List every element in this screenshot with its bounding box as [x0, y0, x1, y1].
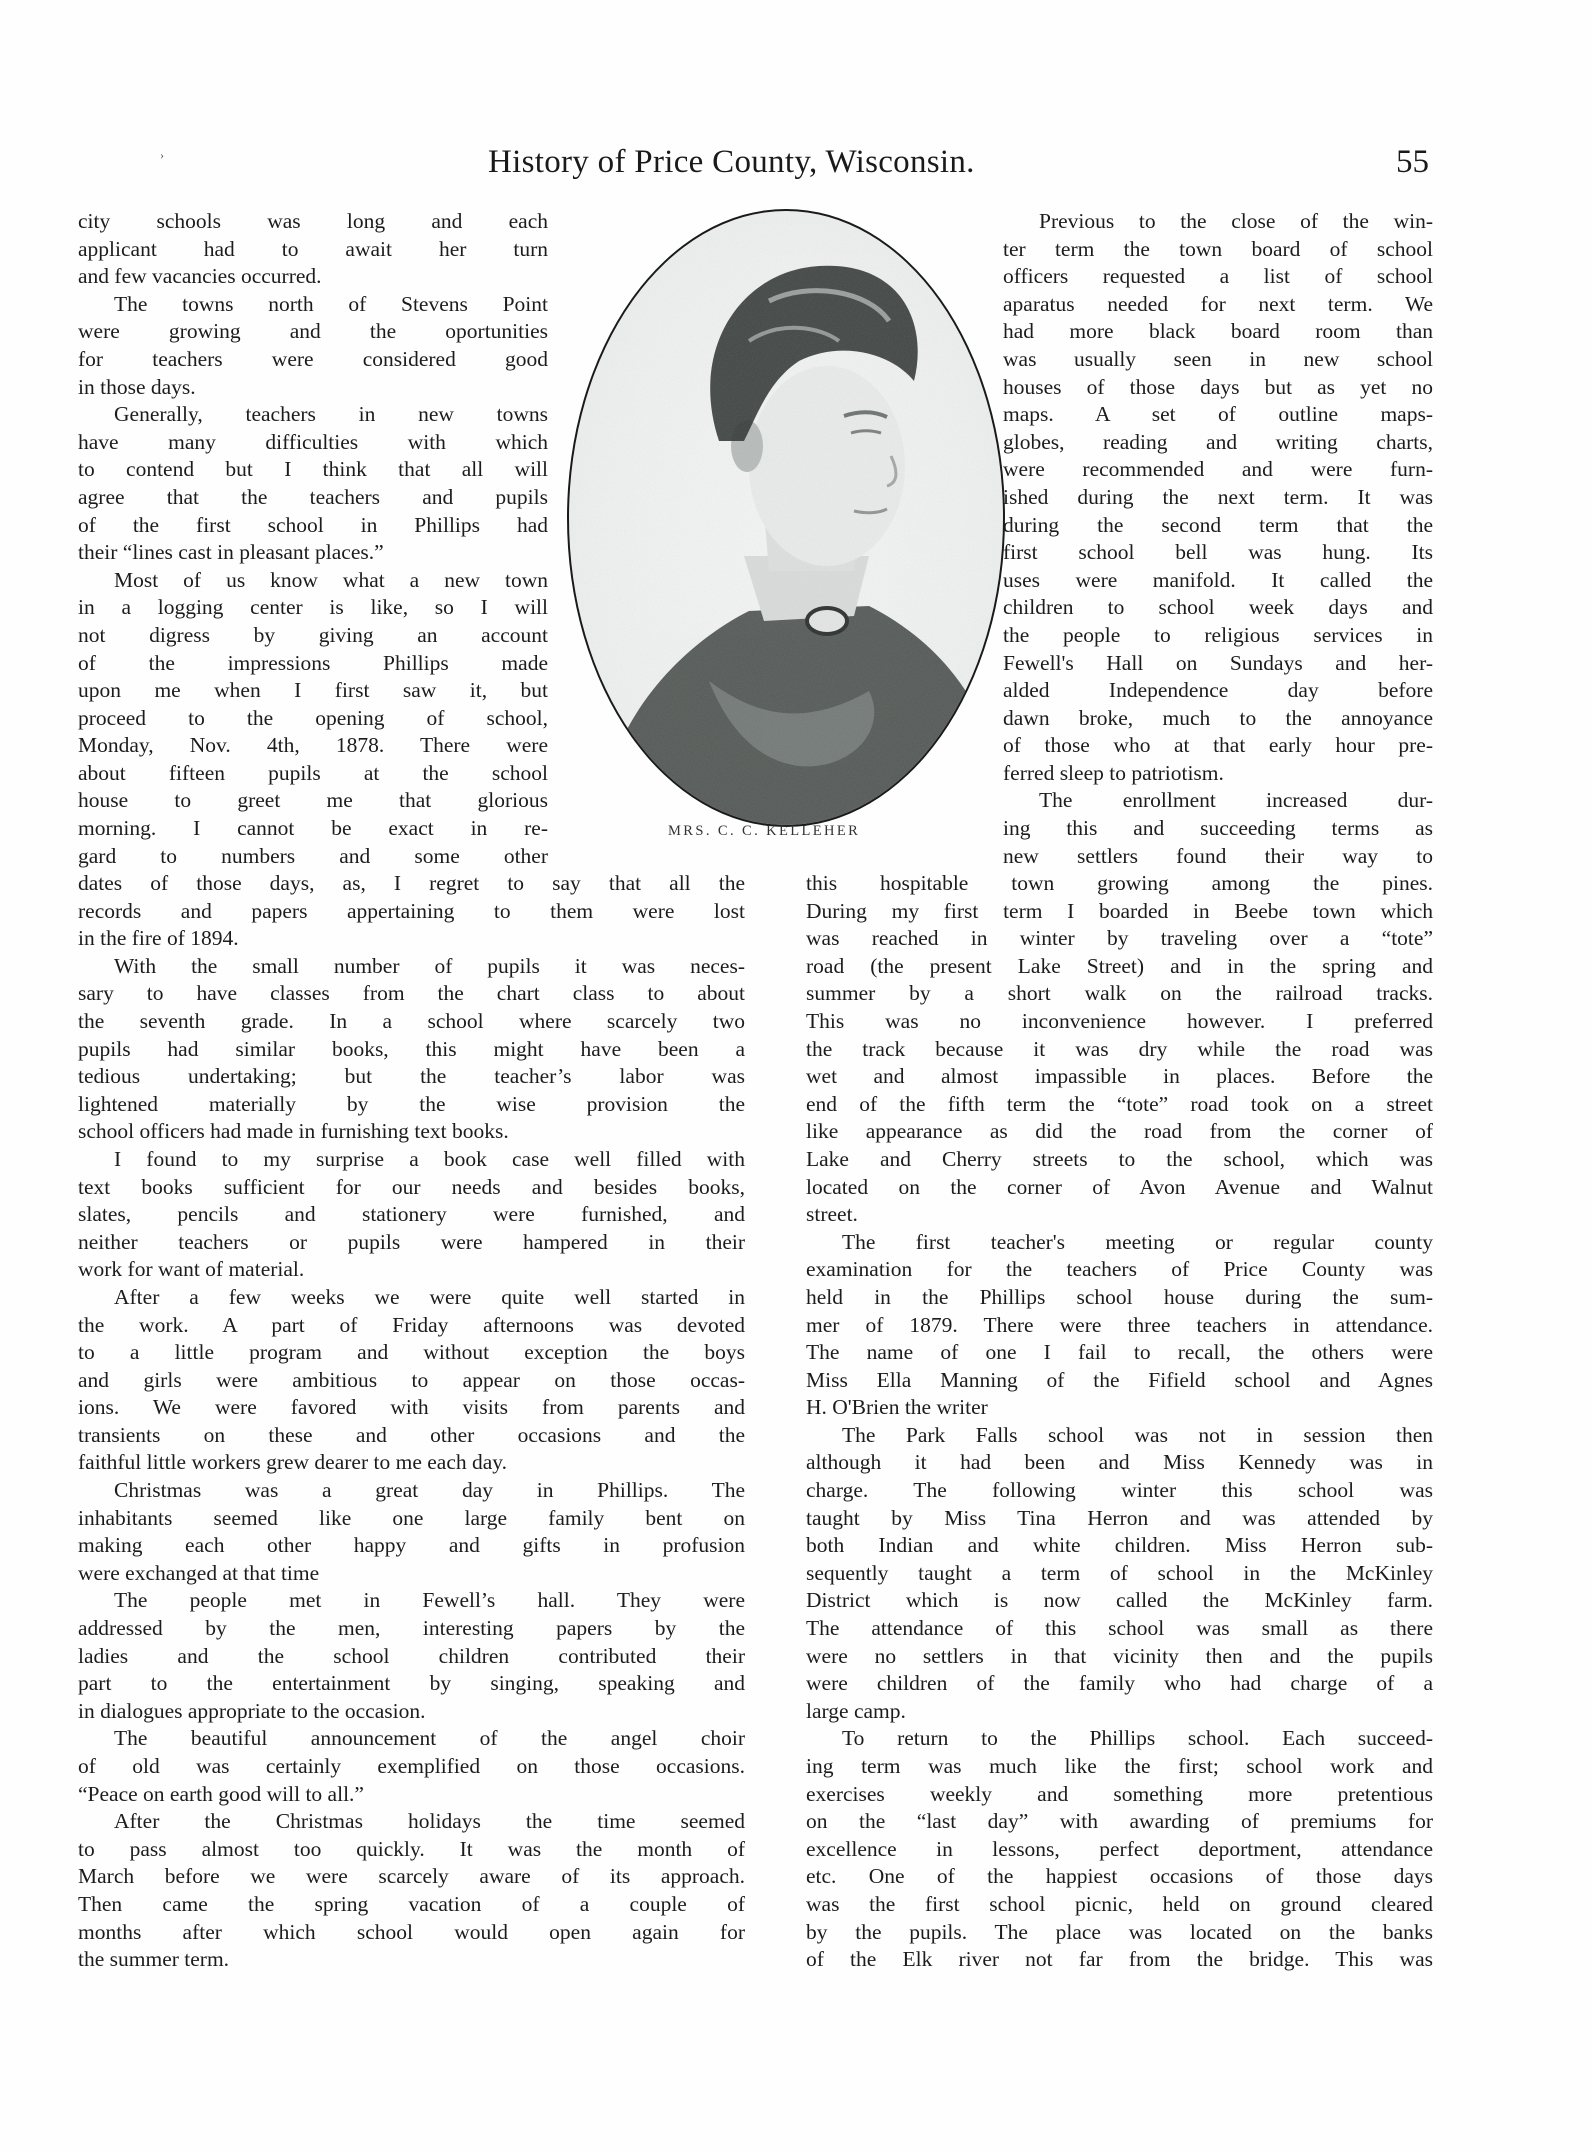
text-line: the track because it was dry while the r…	[806, 1036, 1433, 1064]
text-line: were no settlers in that vicinity then a…	[806, 1643, 1433, 1671]
text-line: text books sufficient for our needs and …	[78, 1174, 745, 1202]
text-line: city schools was long and each	[78, 208, 548, 236]
text-line: were children of the family who had char…	[806, 1670, 1433, 1698]
text-line: With the small number of pupils it was n…	[78, 953, 745, 981]
text-line: house to greet me that glorious	[78, 787, 548, 815]
text-line: in those days.	[78, 374, 548, 402]
text-line: etc. One of the happiest occasions of th…	[806, 1863, 1433, 1891]
text-line: The enrollment increased dur-	[1003, 787, 1433, 815]
text-line: records and papers appertaining to them …	[78, 898, 745, 926]
text-line: H. O'Brien the writer	[806, 1394, 1433, 1422]
text-line: were recommended and were furn-	[1003, 456, 1433, 484]
text-line: Fewell's Hall on Sundays and her-	[1003, 650, 1433, 678]
text-line: dates of those days, as, I regret to say…	[78, 870, 745, 898]
text-line: the seventh grade. In a school where sca…	[78, 1008, 745, 1036]
text-line: aparatus needed for next term. We	[1003, 291, 1433, 319]
text-line: was reached in winter by traveling over …	[806, 925, 1433, 953]
text-line: making each other happy and gifts in pro…	[78, 1532, 745, 1560]
text-line: was the first school picnic, held on gro…	[806, 1891, 1433, 1919]
text-line: ing term was much like the first; school…	[806, 1753, 1433, 1781]
text-line: the summer term.	[78, 1946, 745, 1974]
text-line: of the impressions Phillips made	[78, 650, 548, 678]
text-line: addressed by the men, interesting papers…	[78, 1615, 745, 1643]
text-line: pupils had similar books, this might hav…	[78, 1036, 745, 1064]
left-column-wide: dates of those days, as, I regret to say…	[78, 870, 745, 1974]
text-line: work for want of material.	[78, 1256, 745, 1284]
text-line: The attendance of this school was small …	[806, 1615, 1433, 1643]
text-line: sary to have classes from the chart clas…	[78, 980, 745, 1008]
text-line: The people met in Fewell’s hall. They we…	[78, 1587, 745, 1615]
text-line: were exchanged at that time	[78, 1560, 745, 1588]
text-line: Lake and Cherry streets to the school, w…	[806, 1146, 1433, 1174]
text-line: dawn broke, much to the annoyance	[1003, 705, 1433, 733]
text-line: their “lines cast in pleasant places.”	[78, 539, 548, 567]
text-line: located on the corner of Avon Avenue and…	[806, 1174, 1433, 1202]
text-line: slates, pencils and stationery were furn…	[78, 1201, 745, 1229]
text-line: faithful little workers grew dearer to m…	[78, 1449, 745, 1477]
text-line: like appearance as did the road from the…	[806, 1118, 1433, 1146]
text-line: I found to my surprise a book case well …	[78, 1146, 745, 1174]
text-line: maps. A set of outline maps-	[1003, 401, 1433, 429]
text-line: March before we were scarcely aware of i…	[78, 1863, 745, 1891]
text-line: District which is now called the McKinle…	[806, 1587, 1433, 1615]
text-line: The Park Falls school was not in session…	[806, 1422, 1433, 1450]
left-column-narrow: city schools was long and eachapplicant …	[78, 208, 548, 870]
text-line: The first teacher's meeting or regular c…	[806, 1229, 1433, 1257]
text-line: The name of one I fail to recall, the ot…	[806, 1339, 1433, 1367]
text-line: Christmas was a great day in Phillips. T…	[78, 1477, 745, 1505]
text-line: charge. The following winter this school…	[806, 1477, 1433, 1505]
text-line: “Peace on earth good will to all.”	[78, 1781, 745, 1809]
text-line: Then came the spring vacation of a coupl…	[78, 1891, 745, 1919]
text-line: Previous to the close of the win-	[1003, 208, 1433, 236]
text-line: part to the entertainment by singing, sp…	[78, 1670, 745, 1698]
running-header-title: History of Price County, Wisconsin.	[488, 144, 1088, 181]
text-line: held in the Phillips school house during…	[806, 1284, 1433, 1312]
text-line: not digress by giving an account	[78, 622, 548, 650]
text-line: Miss Ella Manning of the Fifield school …	[806, 1367, 1433, 1395]
text-line: mer of 1879. There were three teachers i…	[806, 1312, 1433, 1340]
text-line: Monday, Nov. 4th, 1878. There were	[78, 732, 548, 760]
text-line: both Indian and white children. Miss Her…	[806, 1532, 1433, 1560]
text-line: of the first school in Phillips had	[78, 512, 548, 540]
text-line: of old was certainly exemplified on thos…	[78, 1753, 745, 1781]
text-line: During my first term I boarded in Beebe …	[806, 898, 1433, 926]
text-line: ter term the town board of school	[1003, 236, 1433, 264]
text-line: school officers had made in furnishing t…	[78, 1118, 745, 1146]
text-line: although it had been and Miss Kennedy wa…	[806, 1449, 1433, 1477]
text-line: agree that the teachers and pupils	[78, 484, 548, 512]
text-line: wet and almost impassible in places. Bef…	[806, 1063, 1433, 1091]
text-line: for teachers were considered good	[78, 346, 548, 374]
text-line: of those who at that early hour pre-	[1003, 732, 1433, 760]
text-line: officers requested a list of school	[1003, 263, 1433, 291]
text-line: to pass almost too quickly. It was the m…	[78, 1836, 745, 1864]
text-line: Generally, teachers in new towns	[78, 401, 548, 429]
text-line: in the fire of 1894.	[78, 925, 745, 953]
text-line: had more black board room than	[1003, 318, 1433, 346]
text-line: end of the fifth term the “tote” road to…	[806, 1091, 1433, 1119]
text-line: examination for the teachers of Price Co…	[806, 1256, 1433, 1284]
text-line: upon me when I first saw it, but	[78, 677, 548, 705]
right-column-wide: this hospitable town growing among the p…	[806, 870, 1433, 1974]
text-line: on the “last day” with awarding of premi…	[806, 1808, 1433, 1836]
text-line: applicant had to await her turn	[78, 236, 548, 264]
text-line: new settlers found their way to	[1003, 843, 1433, 871]
text-line: alded Independence day before	[1003, 677, 1433, 705]
book-page: › History of Price County, Wisconsin. 55…	[0, 0, 1593, 2153]
text-line: This was no inconvenience however. I pre…	[806, 1008, 1433, 1036]
text-line: first school bell was hung. Its	[1003, 539, 1433, 567]
text-line: road (the present Lake Street) and in th…	[806, 953, 1433, 981]
text-line: globes, reading and writing charts,	[1003, 429, 1433, 457]
text-line: children to school week days and	[1003, 594, 1433, 622]
text-line: lightened materially by the wise provisi…	[78, 1091, 745, 1119]
text-line: during the second term that the	[1003, 512, 1433, 540]
text-line: inhabitants seemed like one large family…	[78, 1505, 745, 1533]
text-line: Most of us know what a new town	[78, 567, 548, 595]
text-line: ions. We were favored with visits from p…	[78, 1394, 745, 1422]
text-line: excellence in lessons, perfect deportmen…	[806, 1836, 1433, 1864]
text-line: The beautiful announcement of the angel …	[78, 1725, 745, 1753]
text-line: uses were manifold. It called the	[1003, 567, 1433, 595]
text-line: street.	[806, 1201, 1433, 1229]
text-line: to contend but I think that all will	[78, 456, 548, 484]
text-line: tedious undertaking; but the teacher’s l…	[78, 1063, 745, 1091]
portrait-illustration-icon	[569, 211, 1003, 825]
text-line: ing this and succeeding terms as	[1003, 815, 1433, 843]
text-line: houses of those days but as yet no	[1003, 374, 1433, 402]
text-line: summer by a short walk on the railroad t…	[806, 980, 1433, 1008]
text-line: were growing and the oportunities	[78, 318, 548, 346]
text-line: exercises weekly and something more pret…	[806, 1781, 1433, 1809]
text-line: After the Christmas holidays the time se…	[78, 1808, 745, 1836]
text-line: morning. I cannot be exact in re-	[78, 815, 548, 843]
text-line: large camp.	[806, 1698, 1433, 1726]
portrait-photo	[567, 209, 1005, 827]
text-line: and few vacancies occurred.	[78, 263, 548, 291]
text-line: proceed to the opening of school,	[78, 705, 548, 733]
text-line: this hospitable town growing among the p…	[806, 870, 1433, 898]
text-line: the work. A part of Friday afternoons wa…	[78, 1312, 745, 1340]
text-line: months after which school would open aga…	[78, 1919, 745, 1947]
text-line: have many difficulties with which	[78, 429, 548, 457]
text-line: about fifteen pupils at the school	[78, 760, 548, 788]
text-line: ferred sleep to patriotism.	[1003, 760, 1433, 788]
text-line: the people to religious services in	[1003, 622, 1433, 650]
text-line: To return to the Phillips school. Each s…	[806, 1725, 1433, 1753]
text-line: The towns north of Stevens Point	[78, 291, 548, 319]
right-column-narrow: Previous to the close of the win-ter ter…	[1003, 208, 1433, 870]
text-line: ladies and the school children contribut…	[78, 1643, 745, 1671]
text-line: transients on these and other occasions …	[78, 1422, 745, 1450]
scan-speck: ›	[160, 148, 164, 163]
text-line: ished during the next term. It was	[1003, 484, 1433, 512]
text-line: in dialogues appropriate to the occasion…	[78, 1698, 745, 1726]
page-number: 55	[1396, 144, 1429, 181]
text-line: After a few weeks we were quite well sta…	[78, 1284, 745, 1312]
text-line: by the pupils. The place was located on …	[806, 1919, 1433, 1947]
text-line: neither teachers or pupils were hampered…	[78, 1229, 745, 1257]
text-line: gard to numbers and some other	[78, 843, 548, 871]
portrait-caption: MRS. C. C. KELLEHER	[668, 823, 918, 840]
text-line: to a little program and without exceptio…	[78, 1339, 745, 1367]
text-line: and girls were ambitious to appear on th…	[78, 1367, 745, 1395]
text-line: of the Elk river not far from the bridge…	[806, 1946, 1433, 1974]
text-line: in a logging center is like, so I will	[78, 594, 548, 622]
text-line: taught by Miss Tina Herron and was atten…	[806, 1505, 1433, 1533]
text-line: was usually seen in new school	[1003, 346, 1433, 374]
text-line: sequently taught a term of school in the…	[806, 1560, 1433, 1588]
